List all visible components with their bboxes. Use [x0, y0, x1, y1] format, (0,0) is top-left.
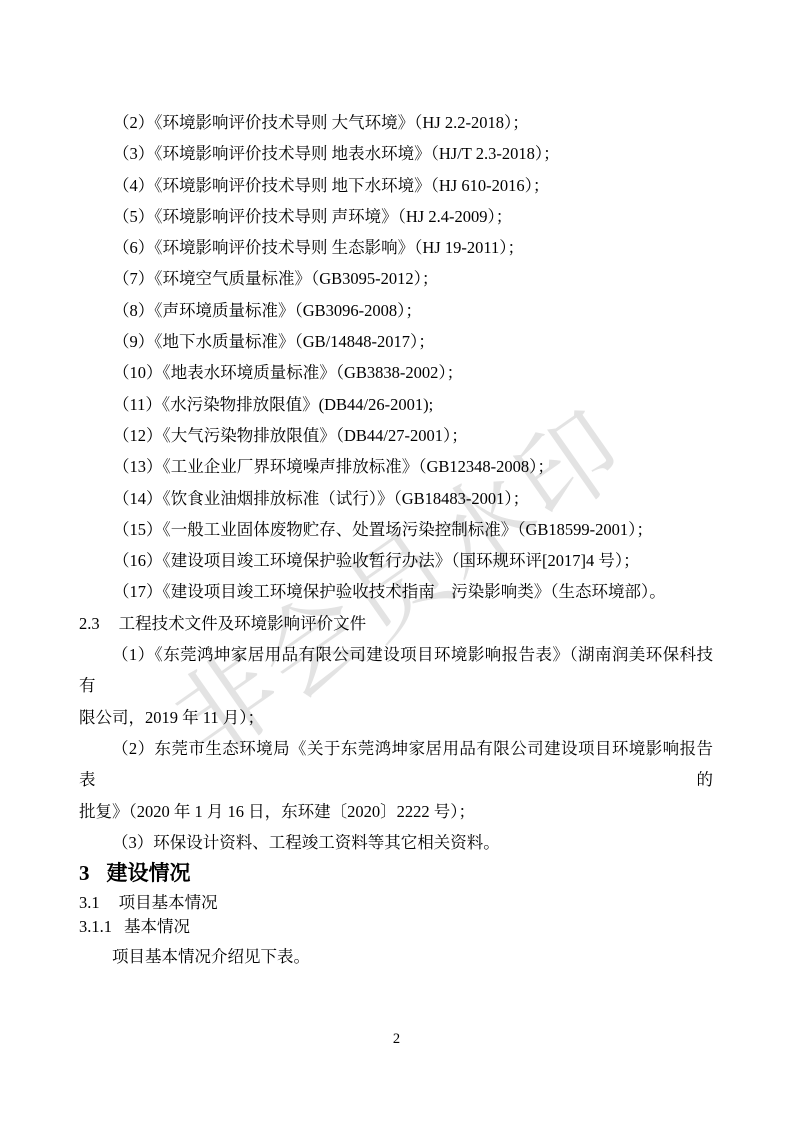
- section-number-3: 3: [79, 861, 90, 885]
- reference-item-6: （6）《环境影响评价技术导则 生态影响》（HJ 19-2011）；: [79, 232, 713, 263]
- paragraph-intro: 项目基本情况介绍见下表。: [79, 941, 713, 972]
- reference-item-10: （10）《地表水环境质量标准》（GB3838-2002）；: [79, 357, 713, 388]
- reference-item-12: （12）《大气污染物排放限值》（DB44/27-2001）；: [79, 420, 713, 451]
- reference-item-17: （17）《建设项目竣工环境保护验收技术指南 污染影响类》（生态环境部）。: [79, 576, 713, 607]
- section-heading-3-1: 3.1项目基本情况: [79, 891, 713, 915]
- paragraph-doc1-line2: 限公司，2019 年 11 月）；: [79, 702, 713, 733]
- reference-item-16: （16）《建设项目竣工环境保护验收暂行办法》（国环规环评[2017]4 号）；: [79, 545, 713, 576]
- reference-item-7: （7）《环境空气质量标准》（GB3095-2012）；: [79, 263, 713, 294]
- section-heading-2-3: 2.3工程技术文件及环境影响评价文件: [79, 608, 713, 639]
- section-heading-3-1-1: 3.1.1基本情况: [79, 915, 713, 939]
- page-content: （2）《环境影响评价技术导则 大气环境》（HJ 2.2-2018）； （3）《环…: [79, 107, 713, 973]
- reference-item-14: （14）《饮食业油烟排放标准（试行）》（GB18483-2001）；: [79, 483, 713, 514]
- reference-item-11: （11）《水污染物排放限值》(DB44/26-2001);: [79, 389, 713, 420]
- page-number: 2: [0, 1031, 793, 1048]
- reference-item-4: （4）《环境影响评价技术导则 地下水环境》（HJ 610-2016）；: [79, 170, 713, 201]
- section-title-2-3: 工程技术文件及环境影响评价文件: [119, 614, 367, 633]
- paragraph-doc2-line2: 批复》（2020 年 1 月 16 日，东环建〔2020〕2222 号）；: [79, 796, 713, 827]
- section-number-3-1: 3.1: [79, 893, 100, 912]
- reference-item-15: （15）《一般工业固体废物贮存、处置场污染控制标准》（GB18599-2001）…: [79, 514, 713, 545]
- reference-item-5: （5）《环境影响评价技术导则 声环境》（HJ 2.4-2009）；: [79, 201, 713, 232]
- reference-item-13: （13）《工业企业厂界环境噪声排放标准》（GB12348-2008）；: [79, 451, 713, 482]
- section-title-3: 建设情况: [107, 861, 191, 885]
- paragraph-doc2-line1: （2）东莞市生态环境局《关于东莞鸿坤家居用品有限公司建设项目环境影响报告表的: [79, 733, 713, 796]
- paragraph-doc3: （3）环保设计资料、工程竣工资料等其它相关资料。: [79, 827, 713, 858]
- reference-item-9: （9）《地下水质量标准》（GB/14848-2017）；: [79, 326, 713, 357]
- reference-item-3: （3）《环境影响评价技术导则 地表水环境》（HJ/T 2.3-2018）；: [79, 138, 713, 169]
- section-title-3-1: 项目基本情况: [119, 893, 218, 912]
- paragraph-doc1-line1: （1）《东莞鸿坤家居用品有限公司建设项目环境影响报告表》（湖南润美环保科技有: [79, 639, 713, 702]
- section-number-3-1-1: 3.1.1: [79, 917, 112, 936]
- section-title-3-1-1: 基本情况: [124, 917, 190, 936]
- section-heading-3: 3建设情况: [79, 858, 713, 889]
- section-number-2-3: 2.3: [79, 614, 100, 633]
- document-page: 非会员水印 （2）《环境影响评价技术导则 大气环境》（HJ 2.2-2018）；…: [0, 0, 793, 1122]
- reference-item-2: （2）《环境影响评价技术导则 大气环境》（HJ 2.2-2018）；: [79, 107, 713, 138]
- reference-item-8: （8）《声环境质量标准》（GB3096-2008）；: [79, 295, 713, 326]
